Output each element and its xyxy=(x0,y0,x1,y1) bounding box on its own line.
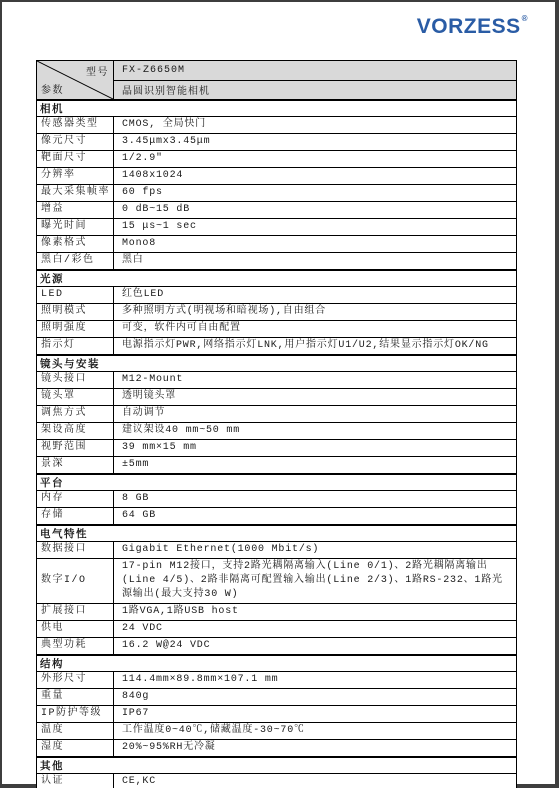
row-label: 湿度 xyxy=(37,740,114,756)
row-value: IP67 xyxy=(114,706,516,722)
row-value: 39 mm×15 mm xyxy=(114,440,516,456)
table-row: 视野范围39 mm×15 mm xyxy=(37,439,516,456)
row-label: 重量 xyxy=(37,689,114,705)
row-value: 多种照明方式(明视场和暗视场),自由组合 xyxy=(114,304,516,320)
row-label: 数据接口 xyxy=(37,542,114,558)
row-label: 靶面尺寸 xyxy=(37,151,114,167)
table-row: 最大采集帧率60 fps xyxy=(37,184,516,201)
row-value: 16.2 W@24 VDC xyxy=(114,638,516,654)
section-header: 平台 xyxy=(37,473,516,490)
model-value: FX-Z6650M xyxy=(114,61,516,81)
table-row: 分辨率1408x1024 xyxy=(37,167,516,184)
row-label: 曝光时间 xyxy=(37,219,114,235)
table-body: 相机传感器类型CMOS, 全局快门像元尺寸3.45μmx3.45μm靶面尺寸1/… xyxy=(37,99,516,788)
row-label: 分辨率 xyxy=(37,168,114,184)
row-value: 64 GB xyxy=(114,508,516,524)
row-label: 指示灯 xyxy=(37,338,114,354)
row-label: 扩展接口 xyxy=(37,604,114,620)
row-value: 工作温度0~40℃,储藏温度-30~70℃ xyxy=(114,723,516,739)
table-row: 典型功耗16.2 W@24 VDC xyxy=(37,637,516,654)
row-label: 黑白/彩色 xyxy=(37,253,114,269)
section-title: 相机 xyxy=(40,101,64,116)
row-value: 电源指示灯PWR,网络指示灯LNK,用户指示灯U1/U2,结果显示指示灯OK/N… xyxy=(114,338,516,354)
row-value: 建议架设40 mm~50 mm xyxy=(114,423,516,439)
row-value: 60 fps xyxy=(114,185,516,201)
table-row: 靶面尺寸1/2.9″ xyxy=(37,150,516,167)
row-label: 像素格式 xyxy=(37,236,114,252)
row-value: 1408x1024 xyxy=(114,168,516,184)
table-row: 照明模式多种照明方式(明视场和暗视场),自由组合 xyxy=(37,303,516,320)
row-label: 温度 xyxy=(37,723,114,739)
brand-logo-text: VORZESS xyxy=(417,15,521,38)
table-row: 像元尺寸3.45μmx3.45μm xyxy=(37,133,516,150)
row-value: 840g xyxy=(114,689,516,705)
section-header: 光源 xyxy=(37,269,516,286)
row-value: 17-pin M12接口，支持2路光耦隔离输入(Line 0/1)、2路光耦隔离… xyxy=(114,559,516,603)
section-title: 电气特性 xyxy=(40,526,88,541)
row-label: IP防护等级 xyxy=(37,706,114,722)
table-row: 镜头接口M12-Mount xyxy=(37,371,516,388)
table-row: 增益0 dB~15 dB xyxy=(37,201,516,218)
table-row: 湿度20%~95%RH无冷凝 xyxy=(37,739,516,756)
section-header: 相机 xyxy=(37,99,516,116)
section-title: 其他 xyxy=(40,758,64,773)
section-title: 光源 xyxy=(40,271,64,286)
row-value: 红色LED xyxy=(114,287,516,303)
section-header: 结构 xyxy=(37,654,516,671)
datasheet-page: VORZESS® 型号 参数 FX-Z6650M 晶圆识别智能相机 相机传感器类… xyxy=(2,2,555,784)
table-row: 扩展接口1路VGA,1路USB host xyxy=(37,603,516,620)
row-label: 认证 xyxy=(37,774,114,788)
spec-table: 型号 参数 FX-Z6650M 晶圆识别智能相机 相机传感器类型CMOS, 全局… xyxy=(36,60,517,788)
row-value: 3.45μmx3.45μm xyxy=(114,134,516,150)
table-row: 像素格式Mono8 xyxy=(37,235,516,252)
table-row: 照明强度可变，软件内可自由配置 xyxy=(37,320,516,337)
table-row: 存储64 GB xyxy=(37,507,516,524)
header-value-cells: FX-Z6650M 晶圆识别智能相机 xyxy=(114,61,516,99)
row-value: M12-Mount xyxy=(114,372,516,388)
row-label: 存储 xyxy=(37,508,114,524)
row-label: 最大采集帧率 xyxy=(37,185,114,201)
row-label: 外形尺寸 xyxy=(37,672,114,688)
row-label: 内存 xyxy=(37,491,114,507)
table-row: 内存8 GB xyxy=(37,490,516,507)
row-label: 视野范围 xyxy=(37,440,114,456)
row-value: 透明镜头罩 xyxy=(114,389,516,405)
row-value: 1/2.9″ xyxy=(114,151,516,167)
row-value: ±5mm xyxy=(114,457,516,473)
table-row: 架设高度建议架设40 mm~50 mm xyxy=(37,422,516,439)
table-row: 镜头罩透明镜头罩 xyxy=(37,388,516,405)
table-row: LED红色LED xyxy=(37,286,516,303)
row-value: Mono8 xyxy=(114,236,516,252)
row-label: 供电 xyxy=(37,621,114,637)
section-header: 其他 xyxy=(37,756,516,773)
table-row: 景深±5mm xyxy=(37,456,516,473)
section-title: 结构 xyxy=(40,656,64,671)
table-row: 认证CE,KC xyxy=(37,773,516,788)
table-row: IP防护等级IP67 xyxy=(37,705,516,722)
section-title: 平台 xyxy=(40,475,64,490)
row-label: 镜头接口 xyxy=(37,372,114,388)
row-value: 自动调节 xyxy=(114,406,516,422)
brand-logo: VORZESS® xyxy=(417,15,528,37)
row-value: 8 GB xyxy=(114,491,516,507)
table-row: 传感器类型CMOS, 全局快门 xyxy=(37,116,516,133)
row-label: 镜头罩 xyxy=(37,389,114,405)
row-label: 调焦方式 xyxy=(37,406,114,422)
row-value: 黑白 xyxy=(114,253,516,269)
row-label: 数字I/O xyxy=(37,559,114,603)
table-row: 供电24 VDC xyxy=(37,620,516,637)
table-row: 数据接口Gigabit Ethernet(1000 Mbit/s) xyxy=(37,541,516,558)
row-value: 0 dB~15 dB xyxy=(114,202,516,218)
row-value: 20%~95%RH无冷凝 xyxy=(114,740,516,756)
section-title: 镜头与安装 xyxy=(40,356,100,371)
product-name: 晶圆识别智能相机 xyxy=(114,81,516,100)
registered-trademark-icon: ® xyxy=(522,14,528,23)
row-value: 114.4mm×89.8mm×107.1 mm xyxy=(114,672,516,688)
table-row: 调焦方式自动调节 xyxy=(37,405,516,422)
row-label: 像元尺寸 xyxy=(37,134,114,150)
section-header: 镜头与安装 xyxy=(37,354,516,371)
table-row: 外形尺寸114.4mm×89.8mm×107.1 mm xyxy=(37,671,516,688)
row-label: 架设高度 xyxy=(37,423,114,439)
row-value: 15 μs~1 sec xyxy=(114,219,516,235)
row-label: 增益 xyxy=(37,202,114,218)
row-label: 照明强度 xyxy=(37,321,114,337)
section-header: 电气特性 xyxy=(37,524,516,541)
table-row: 重量840g xyxy=(37,688,516,705)
row-label: 典型功耗 xyxy=(37,638,114,654)
table-row: 指示灯电源指示灯PWR,网络指示灯LNK,用户指示灯U1/U2,结果显示指示灯O… xyxy=(37,337,516,354)
row-value: 1路VGA,1路USB host xyxy=(114,604,516,620)
row-value: Gigabit Ethernet(1000 Mbit/s) xyxy=(114,542,516,558)
table-row: 温度工作温度0~40℃,储藏温度-30~70℃ xyxy=(37,722,516,739)
param-label: 参数 xyxy=(41,81,64,97)
table-row: 黑白/彩色黑白 xyxy=(37,252,516,269)
table-row: 曝光时间15 μs~1 sec xyxy=(37,218,516,235)
row-value: 24 VDC xyxy=(114,621,516,637)
row-value: 可变，软件内可自由配置 xyxy=(114,321,516,337)
row-value: CMOS, 全局快门 xyxy=(114,117,516,133)
row-label: 传感器类型 xyxy=(37,117,114,133)
model-label: 型号 xyxy=(86,63,109,79)
row-value: CE,KC xyxy=(114,774,516,788)
table-row: 数字I/O17-pin M12接口，支持2路光耦隔离输入(Line 0/1)、2… xyxy=(37,558,516,603)
header-diagonal-cell: 型号 参数 xyxy=(37,61,114,99)
table-header: 型号 参数 FX-Z6650M 晶圆识别智能相机 xyxy=(37,61,516,99)
row-label: 照明模式 xyxy=(37,304,114,320)
row-label: 景深 xyxy=(37,457,114,473)
row-label: LED xyxy=(37,287,114,303)
